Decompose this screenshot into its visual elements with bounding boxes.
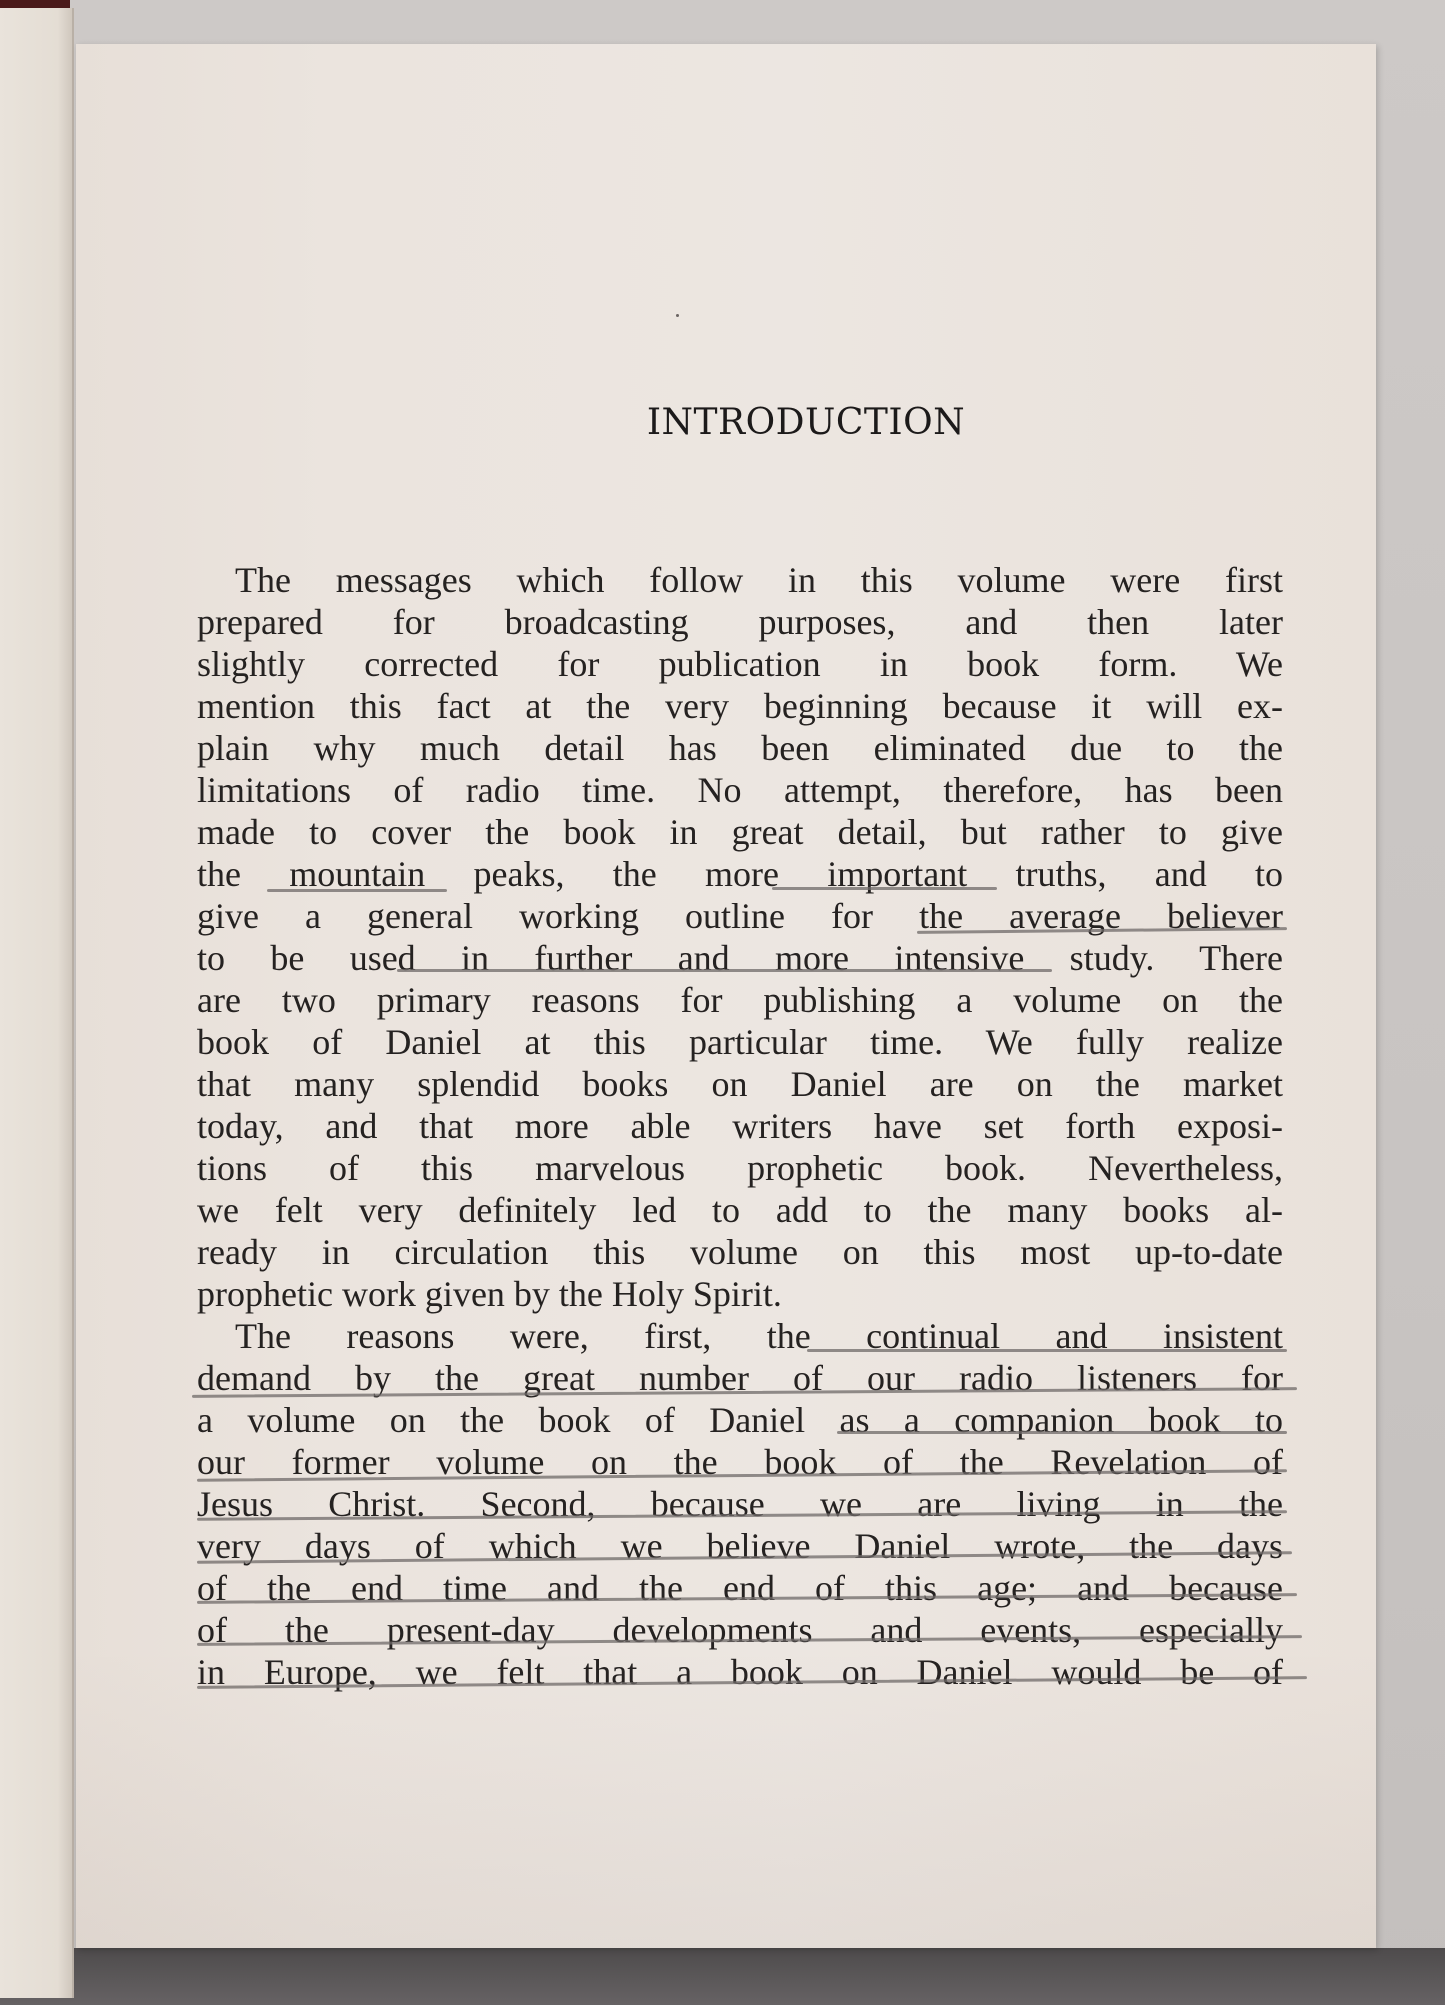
pencil-underline xyxy=(837,1431,1287,1434)
left-page-edge xyxy=(0,8,74,1998)
text-line: tions of this marvelous prophetic book. … xyxy=(197,1147,1283,1189)
text-line: book of Daniel at this particular time. … xyxy=(197,1021,1283,1063)
pencil-underline xyxy=(267,889,447,892)
text-line: mention this fact at the very beginning … xyxy=(197,685,1283,727)
text-line: prophetic work given by the Holy Spirit. xyxy=(197,1273,1283,1315)
text-line: we felt very definitely led to add to th… xyxy=(197,1189,1283,1231)
text-line: today, and that more able writers have s… xyxy=(197,1105,1283,1147)
book-page: INTRODUCTION The messages which follow i… xyxy=(76,44,1376,1948)
paragraph-1: The messages which follow in this volume… xyxy=(197,559,1283,1315)
text-line: to be used in further and more intensive… xyxy=(197,937,1283,979)
pencil-underline xyxy=(397,969,1052,972)
text-line: a volume on the book of Daniel as a comp… xyxy=(197,1399,1283,1441)
text-line: The messages which follow in this volume… xyxy=(197,559,1283,601)
text-line: plain why much detail has been eliminate… xyxy=(197,727,1283,769)
text-line: are two primary reasons for publishing a… xyxy=(197,979,1283,1021)
page-shadow xyxy=(76,1648,1376,1948)
pencil-underline xyxy=(772,887,997,890)
text-line: ready in circulation this volume on this… xyxy=(197,1231,1283,1273)
text-line: prepared for broadcasting purposes, and … xyxy=(197,601,1283,643)
pencil-underline xyxy=(807,1349,1287,1352)
table-surface xyxy=(0,1948,1445,2005)
page-heading: INTRODUCTION xyxy=(76,402,1376,443)
text-line: that many splendid books on Daniel are o… xyxy=(197,1063,1283,1105)
paper-speck xyxy=(676,314,679,317)
text-line: slightly corrected for publication in bo… xyxy=(197,643,1283,685)
text-line: made to cover the book in great detail, … xyxy=(197,811,1283,853)
text-line: limitations of radio time. No attempt, t… xyxy=(197,769,1283,811)
body-text: The messages which follow in this volume… xyxy=(197,559,1283,1693)
